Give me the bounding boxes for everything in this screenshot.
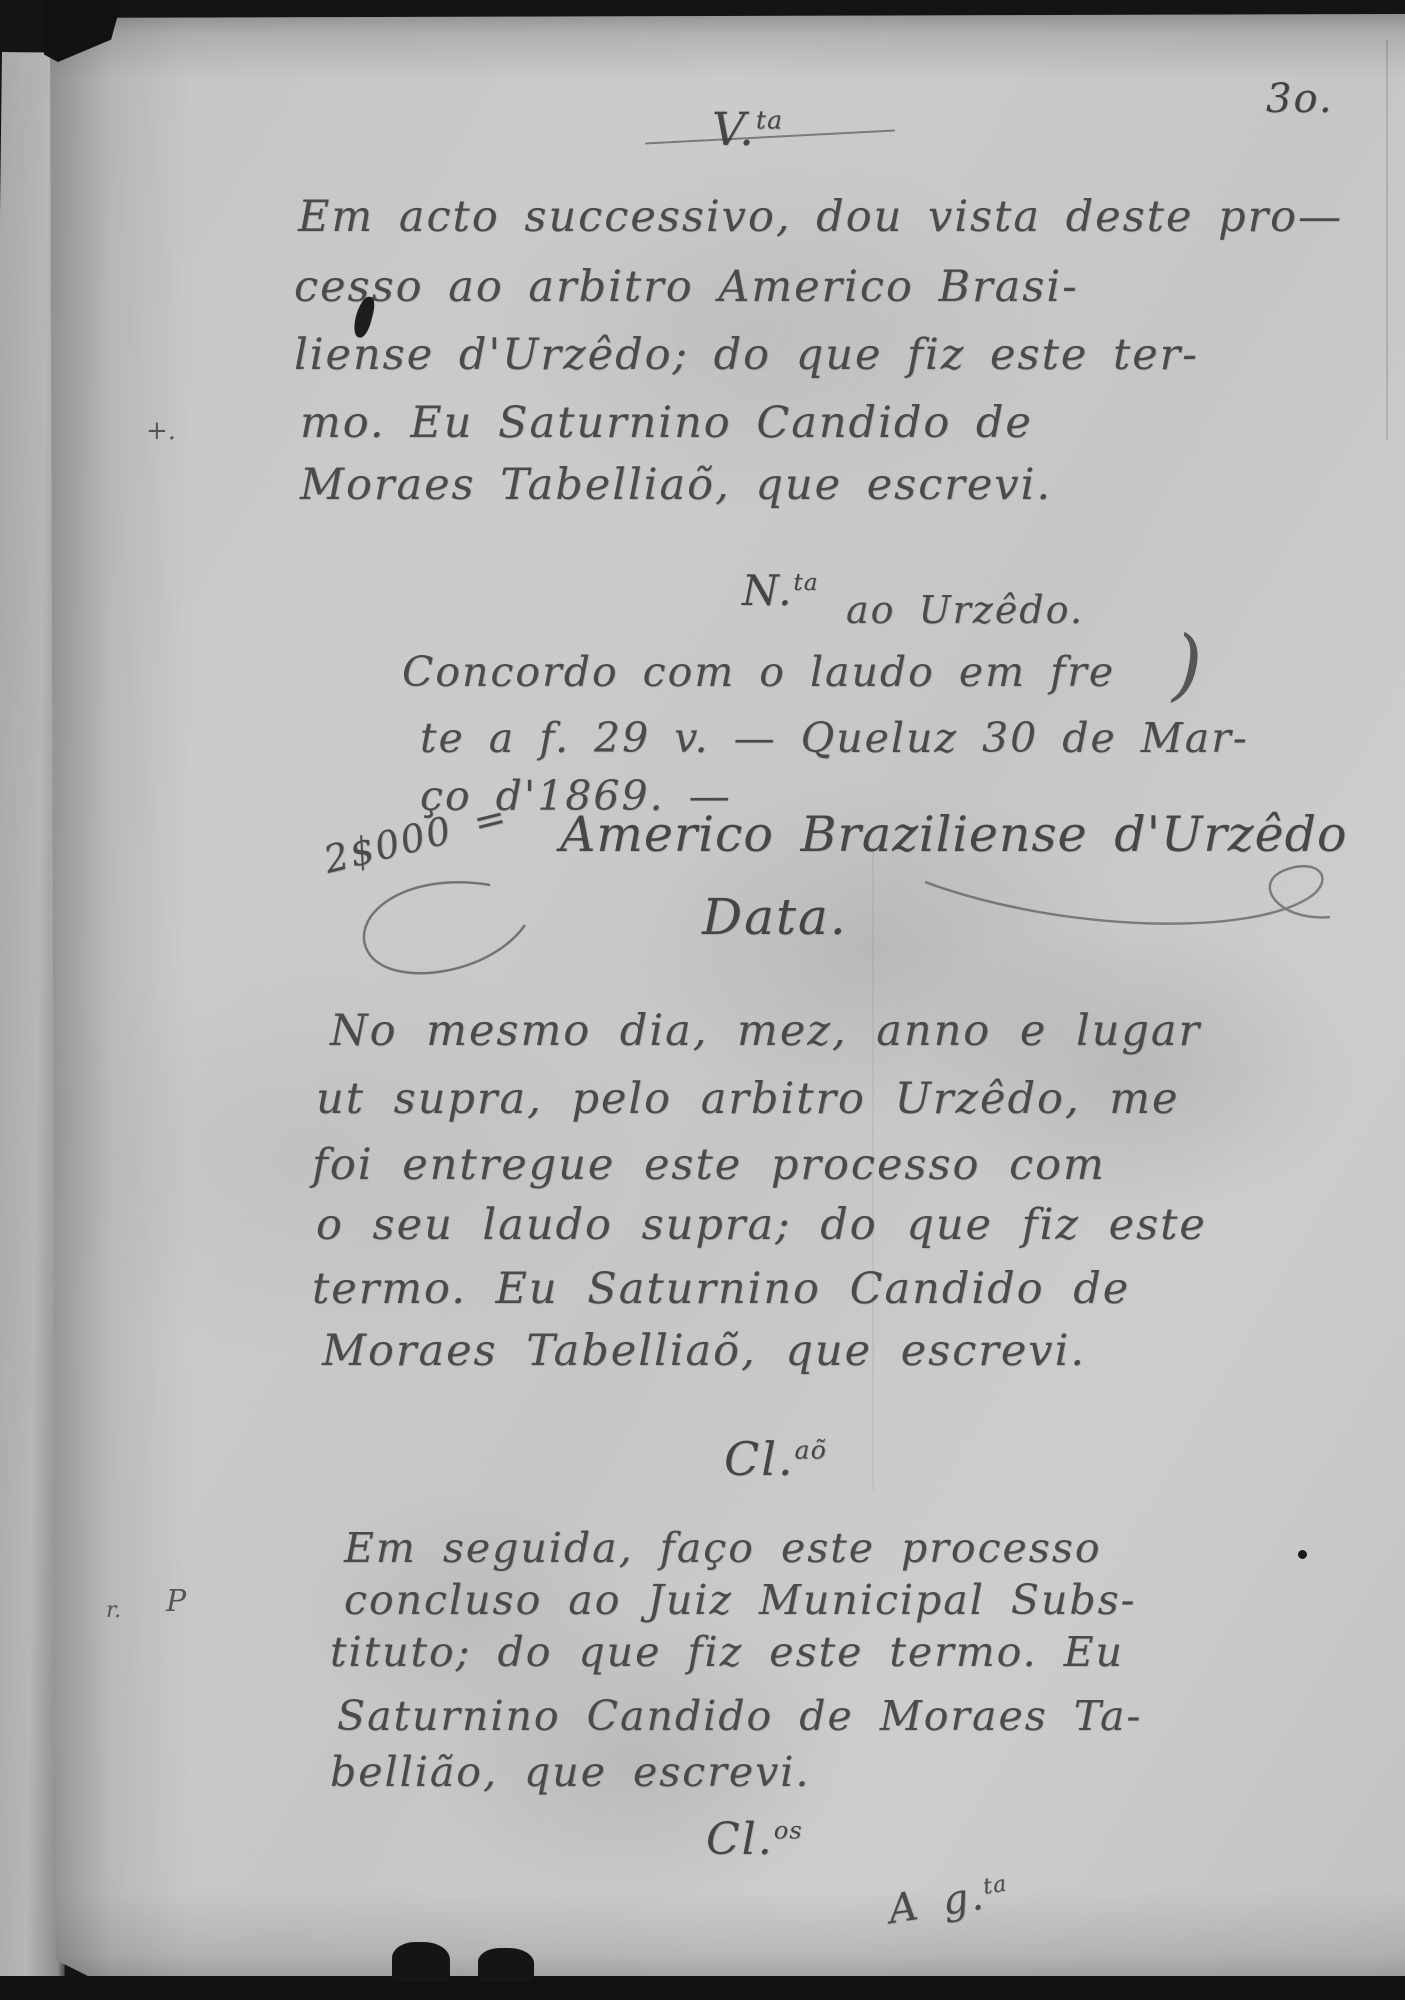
- page-number: 3o.: [1266, 76, 1334, 122]
- catchword: A g.ta: [885, 1869, 1012, 1933]
- fee-flourish: [340, 880, 550, 990]
- catchword-sup: ta: [981, 1871, 1009, 1899]
- manuscript-line: liense d'Urzêdo; do que fiz este ter-: [294, 330, 1199, 380]
- manuscript-line: bellião, que escrevi.: [330, 1748, 810, 1796]
- heading-nota-rest: ao Urzêdo.: [846, 588, 1084, 632]
- signature-flourish: [920, 862, 1340, 952]
- heading-vista: V.ta: [712, 102, 783, 156]
- manuscript-line: Moraes Tabelliaõ, que escrevi.: [322, 1326, 1086, 1376]
- page-edge-crease: [1386, 40, 1388, 440]
- manuscript-line: No mesmo dia, mez, anno e lugar: [330, 1006, 1201, 1056]
- ink-dot: [1298, 1550, 1307, 1559]
- heading-conclusos-base: Cl.: [706, 1814, 774, 1865]
- manuscript-line: te a f. 29 v. — Queluz 30 de Mar-: [420, 714, 1249, 762]
- heading-vista-base: V.: [712, 102, 756, 156]
- heading-conclusao-sup: aõ: [795, 1436, 827, 1465]
- arbiter-signature: Americo Braziliense d'Urzêdo: [560, 806, 1347, 863]
- catchword-base: A g.: [885, 1873, 988, 1934]
- page-fold-crease: [872, 850, 874, 1490]
- scan-bottom-edge: [0, 1976, 1405, 2000]
- heading-conclusos-sup: os: [774, 1816, 803, 1844]
- heading-nota-sup: ta: [793, 570, 818, 596]
- bottom-edge-blot: [478, 1948, 534, 1982]
- heading-nota: N.ta: [742, 566, 818, 615]
- manuscript-line: ut supra, pelo arbitro Urzêdo, me: [316, 1074, 1179, 1124]
- manuscript-line: Saturnino Candido de Moraes Ta-: [337, 1692, 1142, 1740]
- heading-data: Data.: [702, 888, 848, 946]
- manuscript-line: mo. Eu Saturnino Candido de: [300, 398, 1033, 448]
- heading-conclusos: Cl.os: [706, 1814, 803, 1865]
- manuscript-page: 3o. V.ta Em acto successivo, dou vista d…: [0, 0, 1405, 2000]
- heading-nota-base: N.: [742, 566, 793, 615]
- heading-vista-sup: ta: [756, 106, 783, 135]
- margin-mark: P: [166, 1584, 186, 1619]
- manuscript-line: foi entregue este processo com: [312, 1140, 1106, 1190]
- line-continuation-paren: ): [1172, 620, 1202, 710]
- manuscript-line: termo. Eu Saturnino Candido de: [312, 1264, 1130, 1314]
- manuscript-line: concluso ao Juiz Municipal Subs-: [344, 1576, 1137, 1624]
- margin-mark: r.: [106, 1598, 121, 1623]
- manuscript-line: Moraes Tabelliaõ, que escrevi.: [300, 460, 1052, 510]
- heading-conclusao: Cl.aõ: [724, 1432, 827, 1486]
- manuscript-line: Em acto successivo, dou vista deste pro—: [298, 192, 1343, 242]
- heading-conclusao-base: Cl.: [724, 1432, 795, 1486]
- manuscript-line: Concordo com o laudo em fre: [402, 648, 1115, 696]
- manuscript-line: cesso ao arbitro Americo Brasi-: [294, 262, 1079, 312]
- bottom-edge-blot: [392, 1942, 450, 1982]
- margin-cross-mark: +.: [146, 416, 176, 446]
- manuscript-line: Em seguida, faço este processo: [344, 1524, 1102, 1572]
- fee-notation: 2$000 =: [319, 794, 512, 882]
- manuscript-line: tituto; do que fiz este termo. Eu: [330, 1628, 1124, 1676]
- manuscript-line: o seu laudo supra; do que fiz este: [316, 1200, 1207, 1250]
- manuscript-scan: 3o. V.ta Em acto successivo, dou vista d…: [0, 0, 1405, 2000]
